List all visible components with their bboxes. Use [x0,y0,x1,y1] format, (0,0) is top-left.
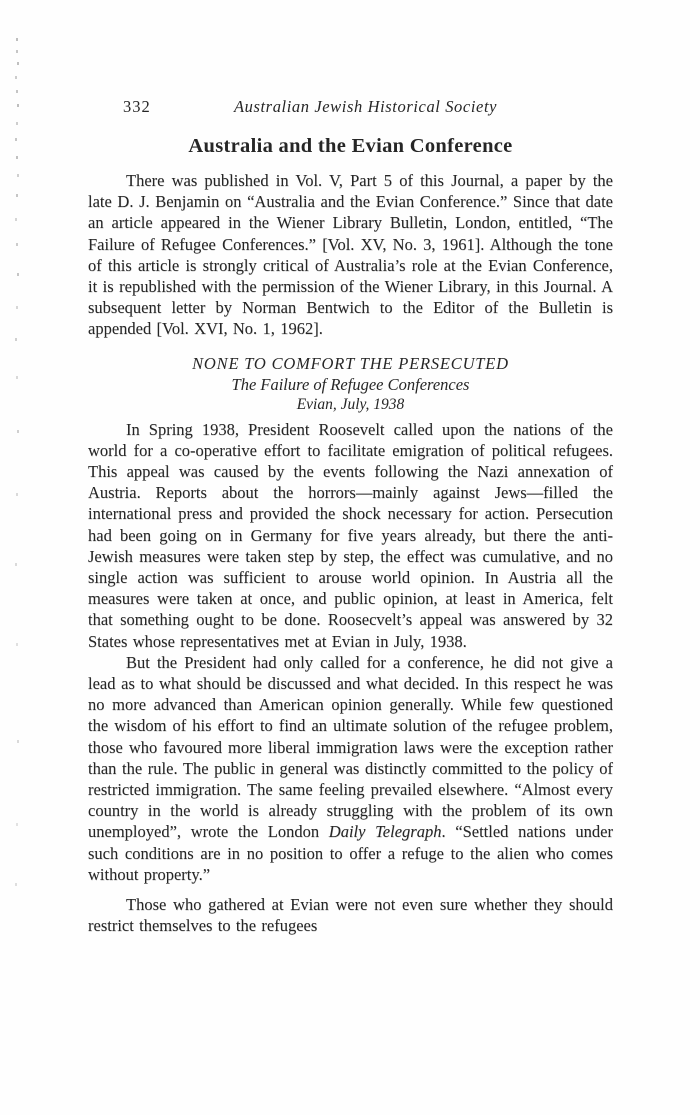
paragraph-spring-1938: In Spring 1938, President Roosevelt call… [88,419,613,652]
publication-name: Daily Telegraph [329,822,442,841]
paragraph-gathered-at-evian: Those who gathered at Evian were not eve… [88,894,613,936]
page-content: 332 Australian Jewish Historical Society… [88,96,613,937]
article-title: Australia and the Evian Conference [88,135,613,158]
page-header: 332 Australian Jewish Historical Society [88,96,613,118]
section-heading-line3: Evian, July, 1938 [88,395,613,415]
scanned-journal-page: 332 Australian Jewish Historical Society… [0,0,700,1115]
paragraph-president-conference: But the President had only called for a … [88,652,613,885]
page-number: 332 [123,96,151,117]
running-head: Australian Jewish Historical Society [88,96,613,117]
intro-paragraph: There was published in Vol. V, Part 5 of… [88,170,613,340]
scan-noise-left-edge [16,38,18,41]
section-heading-line2: The Failure of Refugee Conferences [88,374,613,395]
paragraph-president-text-1: But the President had only called for a … [88,653,613,842]
section-heading-line1: NONE TO COMFORT THE PERSECUTED [88,353,613,374]
section-heading: NONE TO COMFORT THE PERSECUTED The Failu… [88,353,613,415]
